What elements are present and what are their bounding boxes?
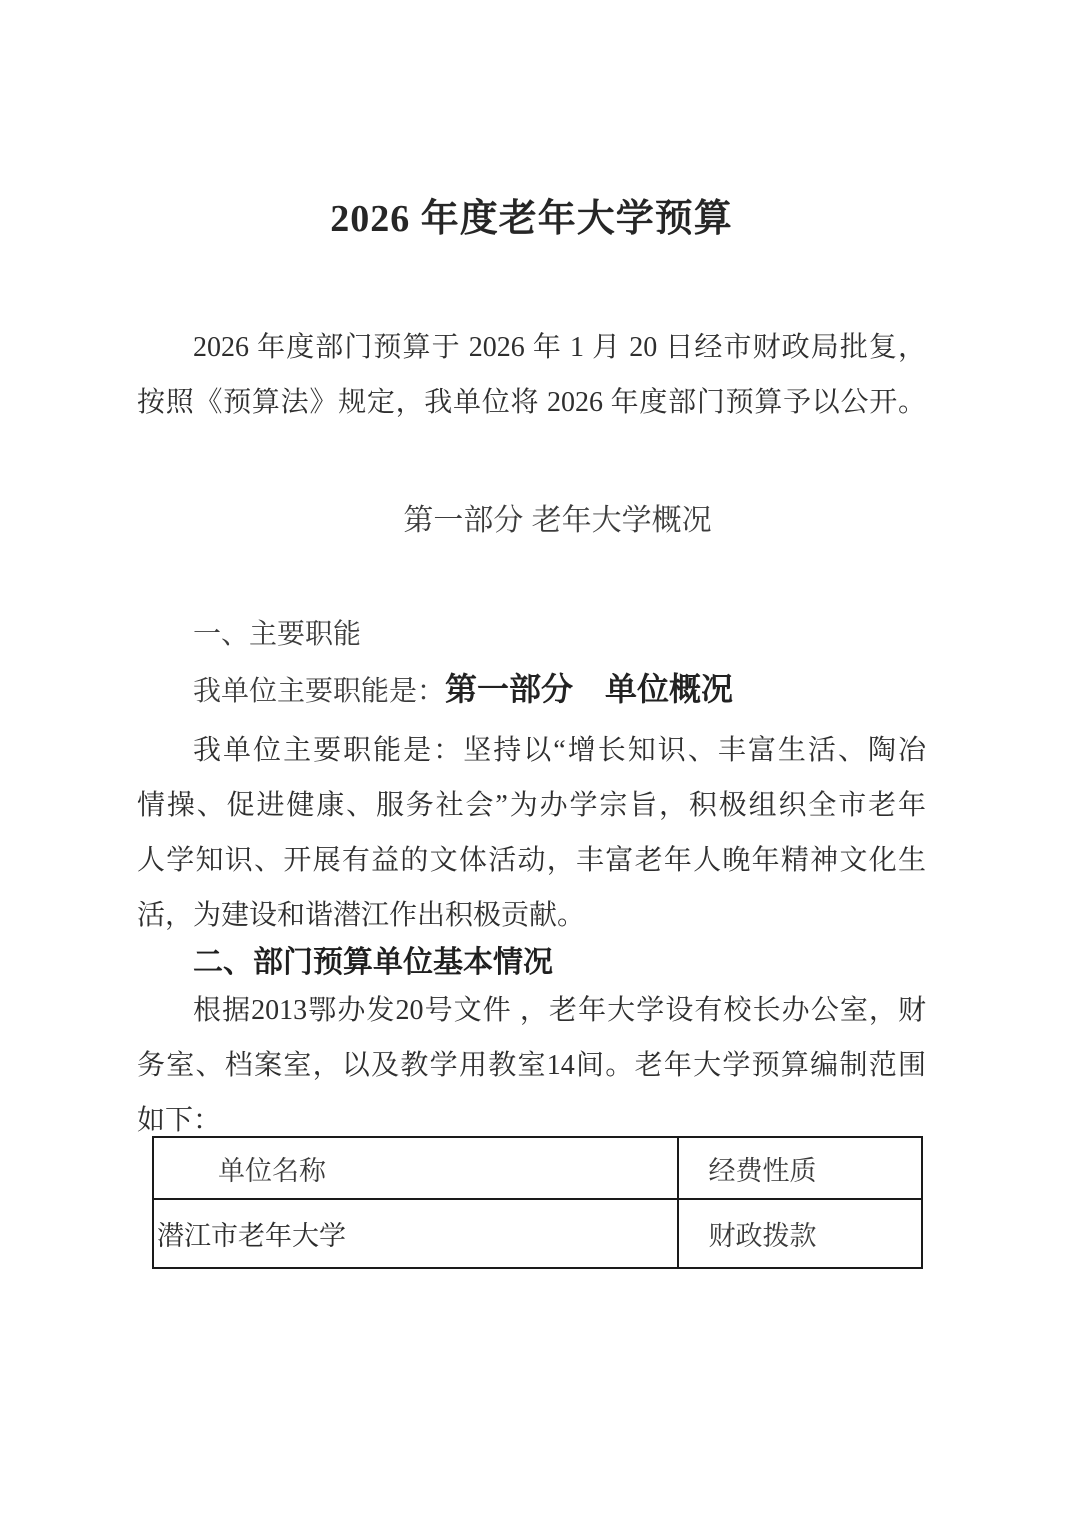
document-content: 2026 年度老年大学预算 2026 年度部门预算于 2026 年 1 月 20… <box>0 0 1074 1269</box>
budget-unit-table: 单位名称 经费性质 潜江市老年大学 财政拨款 <box>152 1136 923 1269</box>
section2-heading: 二、部门预算单位基本情况 <box>137 943 926 983</box>
table-header-row: 单位名称 经费性质 <box>153 1137 922 1199</box>
part1-heading: 第一部分 老年大学概况 <box>163 502 952 540</box>
table-cell-fund-nature: 财政拨款 <box>678 1199 922 1268</box>
section1-lead-line: 我单位主要职能是：第一部分 单位概况 <box>137 666 926 719</box>
section1-body-line-3: 人学知识、开展有益的文体活动，丰富老年人晚年精神文化生 <box>137 833 926 888</box>
section1-paragraph: 我单位主要职能是：坚持以“增长知识、丰富生活、陶冶 情操、促进健康、服务社会”为… <box>137 723 926 943</box>
table-row: 潜江市老年大学 财政拨款 <box>153 1199 922 1268</box>
section1-heading: 一、主要职能 <box>137 616 926 652</box>
section1-lead-emphasis: 第一部分 单位概况 <box>445 671 733 707</box>
section1-body-line-4: 活，为建设和谐潜江作出积极贡献。 <box>137 888 926 943</box>
section2-body-line-2: 务室、档案室，以及教学用教室14间。老年大学预算编制范围 <box>137 1038 926 1093</box>
page-title: 2026 年度老年大学预算 <box>137 0 926 242</box>
table-cell-unit-name: 潜江市老年大学 <box>153 1199 678 1268</box>
section1-body-line-2: 情操、促进健康、服务社会”为办学宗旨，积极组织全市老年 <box>137 778 926 833</box>
intro-paragraph: 2026 年度部门预算于 2026 年 1 月 20 日经市财政局批复， 按照《… <box>137 320 926 430</box>
table-header-unit-name: 单位名称 <box>153 1137 678 1199</box>
section2-body-line-1: 根据2013鄂办发20号文件 ，老年大学设有校长办公室，财 <box>137 983 926 1038</box>
section1-body-line-1: 我单位主要职能是：坚持以“增长知识、丰富生活、陶冶 <box>137 723 926 778</box>
table-header-fund-nature: 经费性质 <box>678 1137 922 1199</box>
intro-line-1: 2026 年度部门预算于 2026 年 1 月 20 日经市财政局批复， <box>137 320 926 375</box>
intro-line-2: 按照《预算法》规定，我单位将 2026 年度部门预算予以公开。 <box>137 375 926 430</box>
section2-paragraph: 根据2013鄂办发20号文件 ，老年大学设有校长办公室，财 务室、档案室，以及教… <box>137 983 926 1148</box>
document-page: 2026 年度老年大学预算 2026 年度部门预算于 2026 年 1 月 20… <box>0 0 1074 1520</box>
section1-lead-text: 我单位主要职能是： <box>193 675 445 706</box>
